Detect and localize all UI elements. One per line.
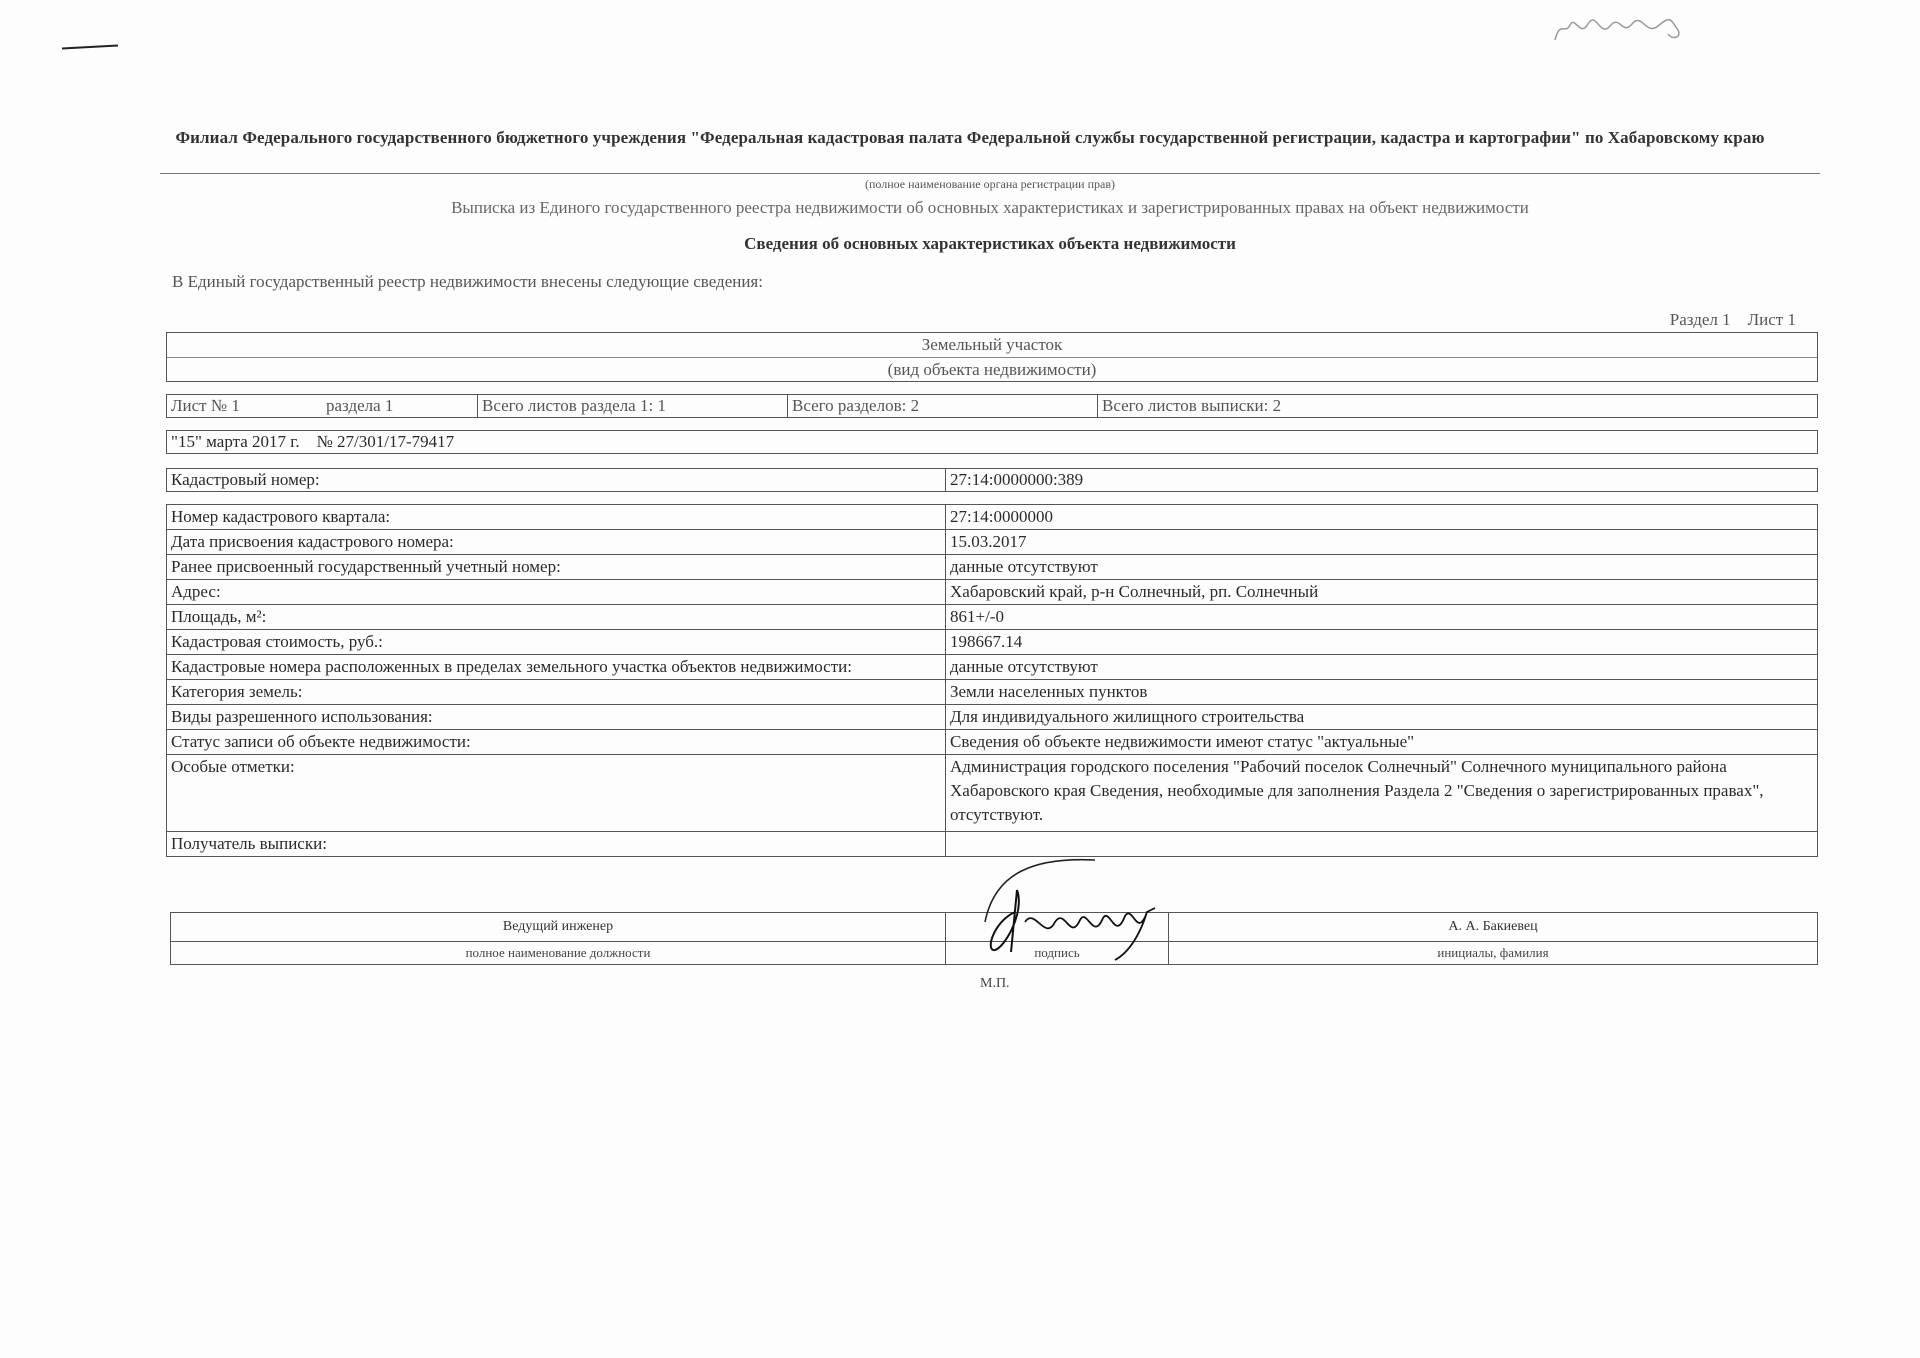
pen-mark (62, 45, 118, 50)
row-label: Получатель выписки: (167, 832, 946, 857)
row-label: Номер кадастрового квартала: (167, 505, 946, 530)
handwritten-signature-icon (965, 852, 1185, 962)
row-value: Хабаровский край, р-н Солнечный, рп. Сол… (946, 580, 1818, 605)
row-label: Кадастровая стоимость, руб.: (167, 630, 946, 655)
row-value: данные отсутствуют (946, 555, 1818, 580)
section-number: раздела 1 (322, 395, 477, 417)
organization-caption: (полное наименование органа регистрации … (160, 177, 1820, 192)
cadastral-number-value: 27:14:0000000:389 (945, 469, 1817, 491)
row-label: Ранее присвоенный государственный учетны… (167, 555, 946, 580)
sheets-total: Всего листов выписки: 2 (1097, 395, 1817, 417)
sheet-number: Лист № 1 (167, 395, 322, 417)
row-value: Для индивидуального жилищного строительс… (946, 705, 1818, 730)
table-row: Особые отметки:Администрация городского … (167, 755, 1818, 832)
table-row: Виды разрешенного использования:Для инди… (167, 705, 1818, 730)
name-caption: инициалы, фамилия (1169, 942, 1818, 965)
cadastral-number-label: Кадастровый номер: (167, 469, 945, 491)
handwritten-note-icon (1550, 10, 1710, 50)
object-type-box: Земельный участок (вид объекта недвижимо… (166, 332, 1818, 382)
section-reference: Раздел 1 Лист 1 (1670, 310, 1796, 330)
row-value: 198667.14 (946, 630, 1818, 655)
position-caption: полное наименование должности (171, 942, 946, 965)
row-value: данные отсутствуют (946, 655, 1818, 680)
row-label: Особые отметки: (167, 755, 946, 832)
table-row: Кадастровая стоимость, руб.:198667.14 (167, 630, 1818, 655)
official-position: Ведущий инженер (171, 913, 946, 942)
official-name: А. А. Бакиевец (1169, 913, 1818, 942)
table-row: Кадастровые номера расположенных в преде… (167, 655, 1818, 680)
document-title: Сведения об основных характеристиках объ… (160, 234, 1820, 254)
row-value: 27:14:0000000 (946, 505, 1818, 530)
sheet-meta-row: Лист № 1 раздела 1 Всего листов раздела … (166, 394, 1818, 418)
sections-total: Всего разделов: 2 (787, 395, 1097, 417)
table-row: Категория земель:Земли населенных пункто… (167, 680, 1818, 705)
cadastral-number-row: Кадастровый номер: 27:14:0000000:389 (166, 468, 1818, 492)
document-subtitle: Выписка из Единого государственного реес… (160, 198, 1820, 218)
statement-date-number: "15" марта 2017 г. № 27/301/17-79417 (166, 430, 1818, 454)
table-row: Статус записи об объекте недвижимости:Св… (167, 730, 1818, 755)
organization-name: Филиал Федерального государственного бюд… (160, 126, 1780, 150)
table-row: Адрес:Хабаровский край, р-н Солнечный, р… (167, 580, 1818, 605)
row-value: Администрация городского поселения "Рабо… (946, 755, 1818, 832)
table-row: Площадь, м²:861+/-0 (167, 605, 1818, 630)
intro-text: В Единый государственный реестр недвижим… (172, 272, 763, 292)
object-type-caption: (вид объекта недвижимости) (167, 357, 1817, 382)
row-value: Земли населенных пунктов (946, 680, 1818, 705)
row-label: Категория земель: (167, 680, 946, 705)
table-row: Ранее присвоенный государственный учетны… (167, 555, 1818, 580)
property-details-table: Номер кадастрового квартала:27:14:000000… (166, 504, 1818, 857)
row-label: Кадастровые номера расположенных в преде… (167, 655, 946, 680)
header-divider (160, 173, 1820, 174)
row-value: Сведения об объекте недвижимости имеют с… (946, 730, 1818, 755)
stamp-placeholder: М.П. (980, 976, 1010, 992)
row-label: Адрес: (167, 580, 946, 605)
table-row: Дата присвоения кадастрового номера:15.0… (167, 530, 1818, 555)
object-type: Земельный участок (167, 333, 1817, 357)
row-label: Виды разрешенного использования: (167, 705, 946, 730)
row-value: 15.03.2017 (946, 530, 1818, 555)
row-label: Статус записи об объекте недвижимости: (167, 730, 946, 755)
row-value: 861+/-0 (946, 605, 1818, 630)
row-label: Дата присвоения кадастрового номера: (167, 530, 946, 555)
row-label: Площадь, м²: (167, 605, 946, 630)
table-row: Номер кадастрового квартала:27:14:000000… (167, 505, 1818, 530)
sheets-in-section: Всего листов раздела 1: 1 (477, 395, 787, 417)
